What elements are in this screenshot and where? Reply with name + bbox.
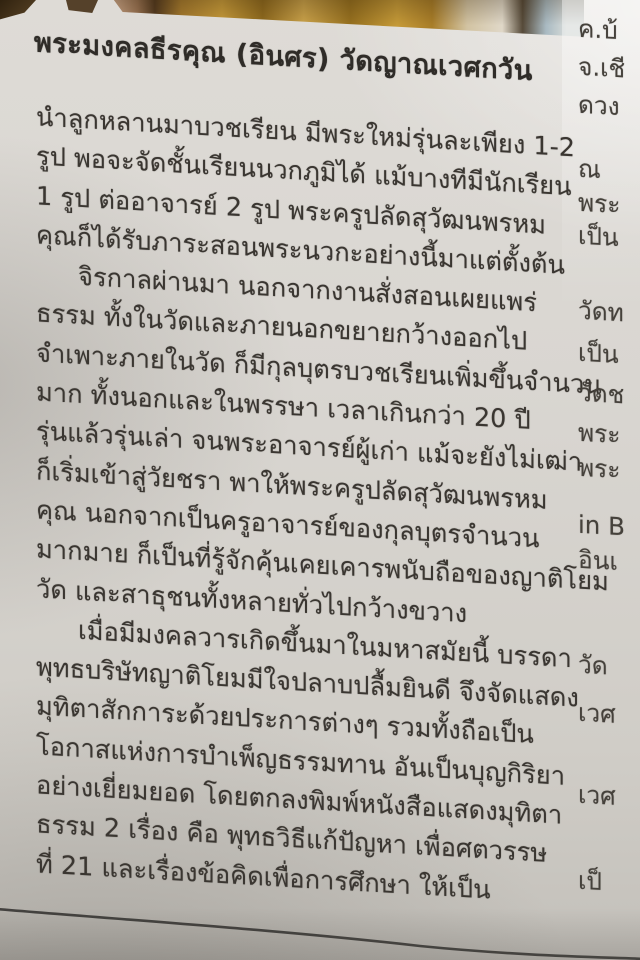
left-edge-fragment: ป [0, 580, 11, 616]
left-edge-fragment: ม [0, 702, 11, 738]
right-column-fragment: เวศ [578, 780, 640, 815]
right-column-fragment: อินเ [578, 545, 640, 580]
right-column-fragment: วัดท [578, 296, 640, 331]
right-column-fragment: พระ [578, 418, 640, 453]
right-column-fragment: in B [578, 510, 640, 545]
right-column-fragment: วัดช [578, 378, 640, 413]
right-column-fragment: พระ [578, 188, 640, 223]
left-edge-fragment: อ [0, 790, 11, 826]
newspaper-page: พระมงคลธีรคุณ (อินศร) วัดญาณเวศกวัน นำลู… [0, 0, 640, 960]
left-edge-fragment: ป [0, 546, 11, 582]
right-column-fragment: เวศ [578, 698, 640, 733]
left-edge-fragment: ธ [0, 828, 11, 864]
photo-edge-fragment [66, 0, 98, 13]
left-edge-fragment: ก [0, 644, 11, 680]
right-column-fragment: ดวง [578, 90, 640, 125]
left-edge-fragment: โ [0, 752, 11, 788]
right-column-fragment: เป็น [578, 338, 640, 373]
right-column-fragment: วัด [578, 650, 640, 685]
right-column-fragment: พระ [578, 453, 640, 488]
right-column-fragment: จ.เชี [578, 52, 640, 87]
article-body: นำลูกหลานมาบวชเรียน มีพระใหม่รุ่นละเพียง… [30, 98, 578, 916]
bottom-shadow [0, 908, 640, 960]
right-column-fragment: ณ [578, 154, 640, 189]
article-column: พระมงคลธีรคุณ (อินศร) วัดญาณเวศกวัน นำลู… [30, 16, 578, 916]
left-edge-fragment: ่ [0, 428, 11, 464]
right-column-fragment: ค.บ้ [578, 14, 640, 49]
right-column-fragment: เป็น [578, 221, 640, 256]
